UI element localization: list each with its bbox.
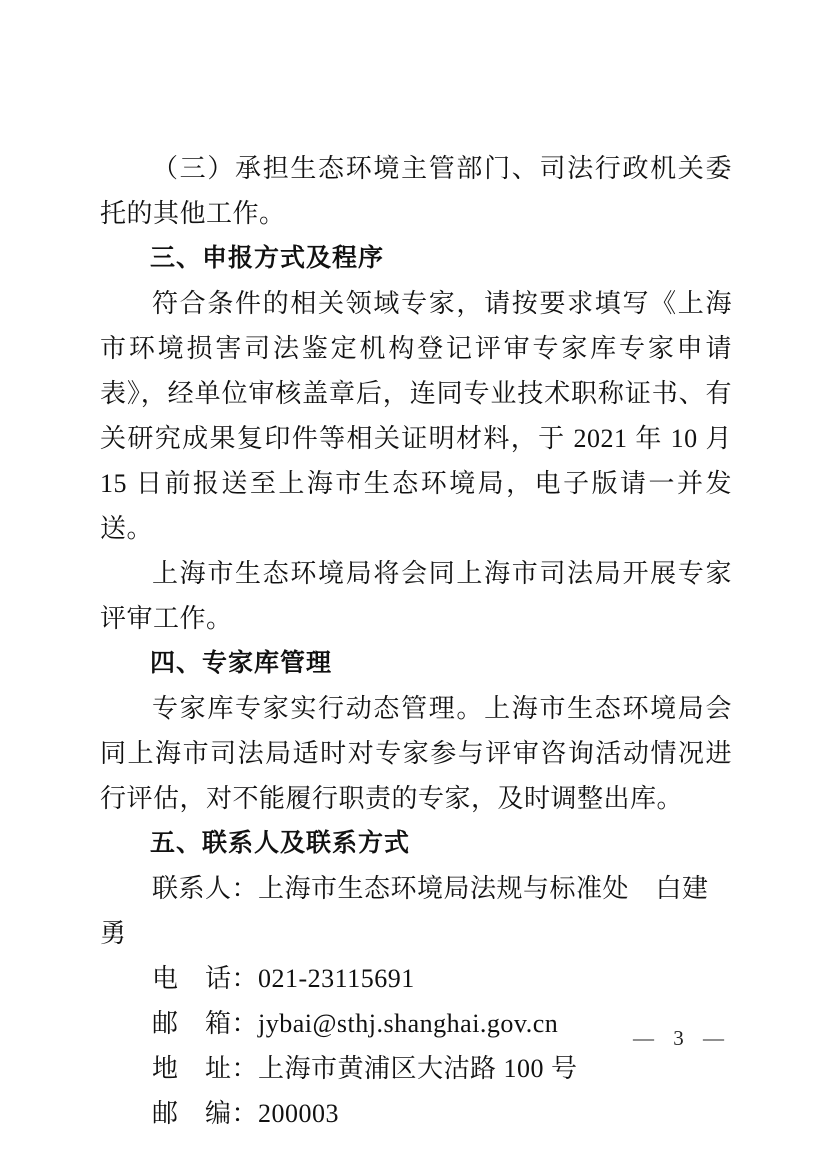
heading-section-4-management: 四、专家库管理 bbox=[100, 641, 732, 686]
heading-section-3-application: 三、申报方式及程序 bbox=[100, 236, 732, 281]
paragraph-application-procedure: 符合条件的相关领域专家，请按要求填写《上海市环境损害司法鉴定机构登记评审专家库专… bbox=[100, 281, 732, 551]
paragraph-dynamic-management: 专家库专家实行动态管理。上海市生态环境局会同上海市司法局适时对专家参与评审咨询活… bbox=[100, 686, 732, 821]
contact-line-phone: 电 话：021-23115691 bbox=[100, 956, 732, 1001]
paragraph-expert-review-work: 上海市生态环境局将会同上海市司法局开展专家评审工作。 bbox=[100, 551, 732, 641]
heading-section-5-contact: 五、联系人及联系方式 bbox=[100, 821, 732, 866]
document-body: （三）承担生态环境主管部门、司法行政机关委托的其他工作。 三、申报方式及程序 符… bbox=[100, 146, 732, 1136]
contact-line-postcode: 邮 编：200003 bbox=[100, 1091, 732, 1136]
contact-line-person: 联系人：上海市生态环境局法规与标准处 白建勇 bbox=[100, 866, 732, 956]
page-number: — 3 — bbox=[633, 1026, 726, 1051]
paragraph-item-three: （三）承担生态环境主管部门、司法行政机关委托的其他工作。 bbox=[100, 146, 732, 236]
document-page: { "document": { "blocks": [ { "type": "b… bbox=[0, 0, 826, 1169]
contact-line-address: 地 址：上海市黄浦区大沽路 100 号 bbox=[100, 1046, 732, 1091]
